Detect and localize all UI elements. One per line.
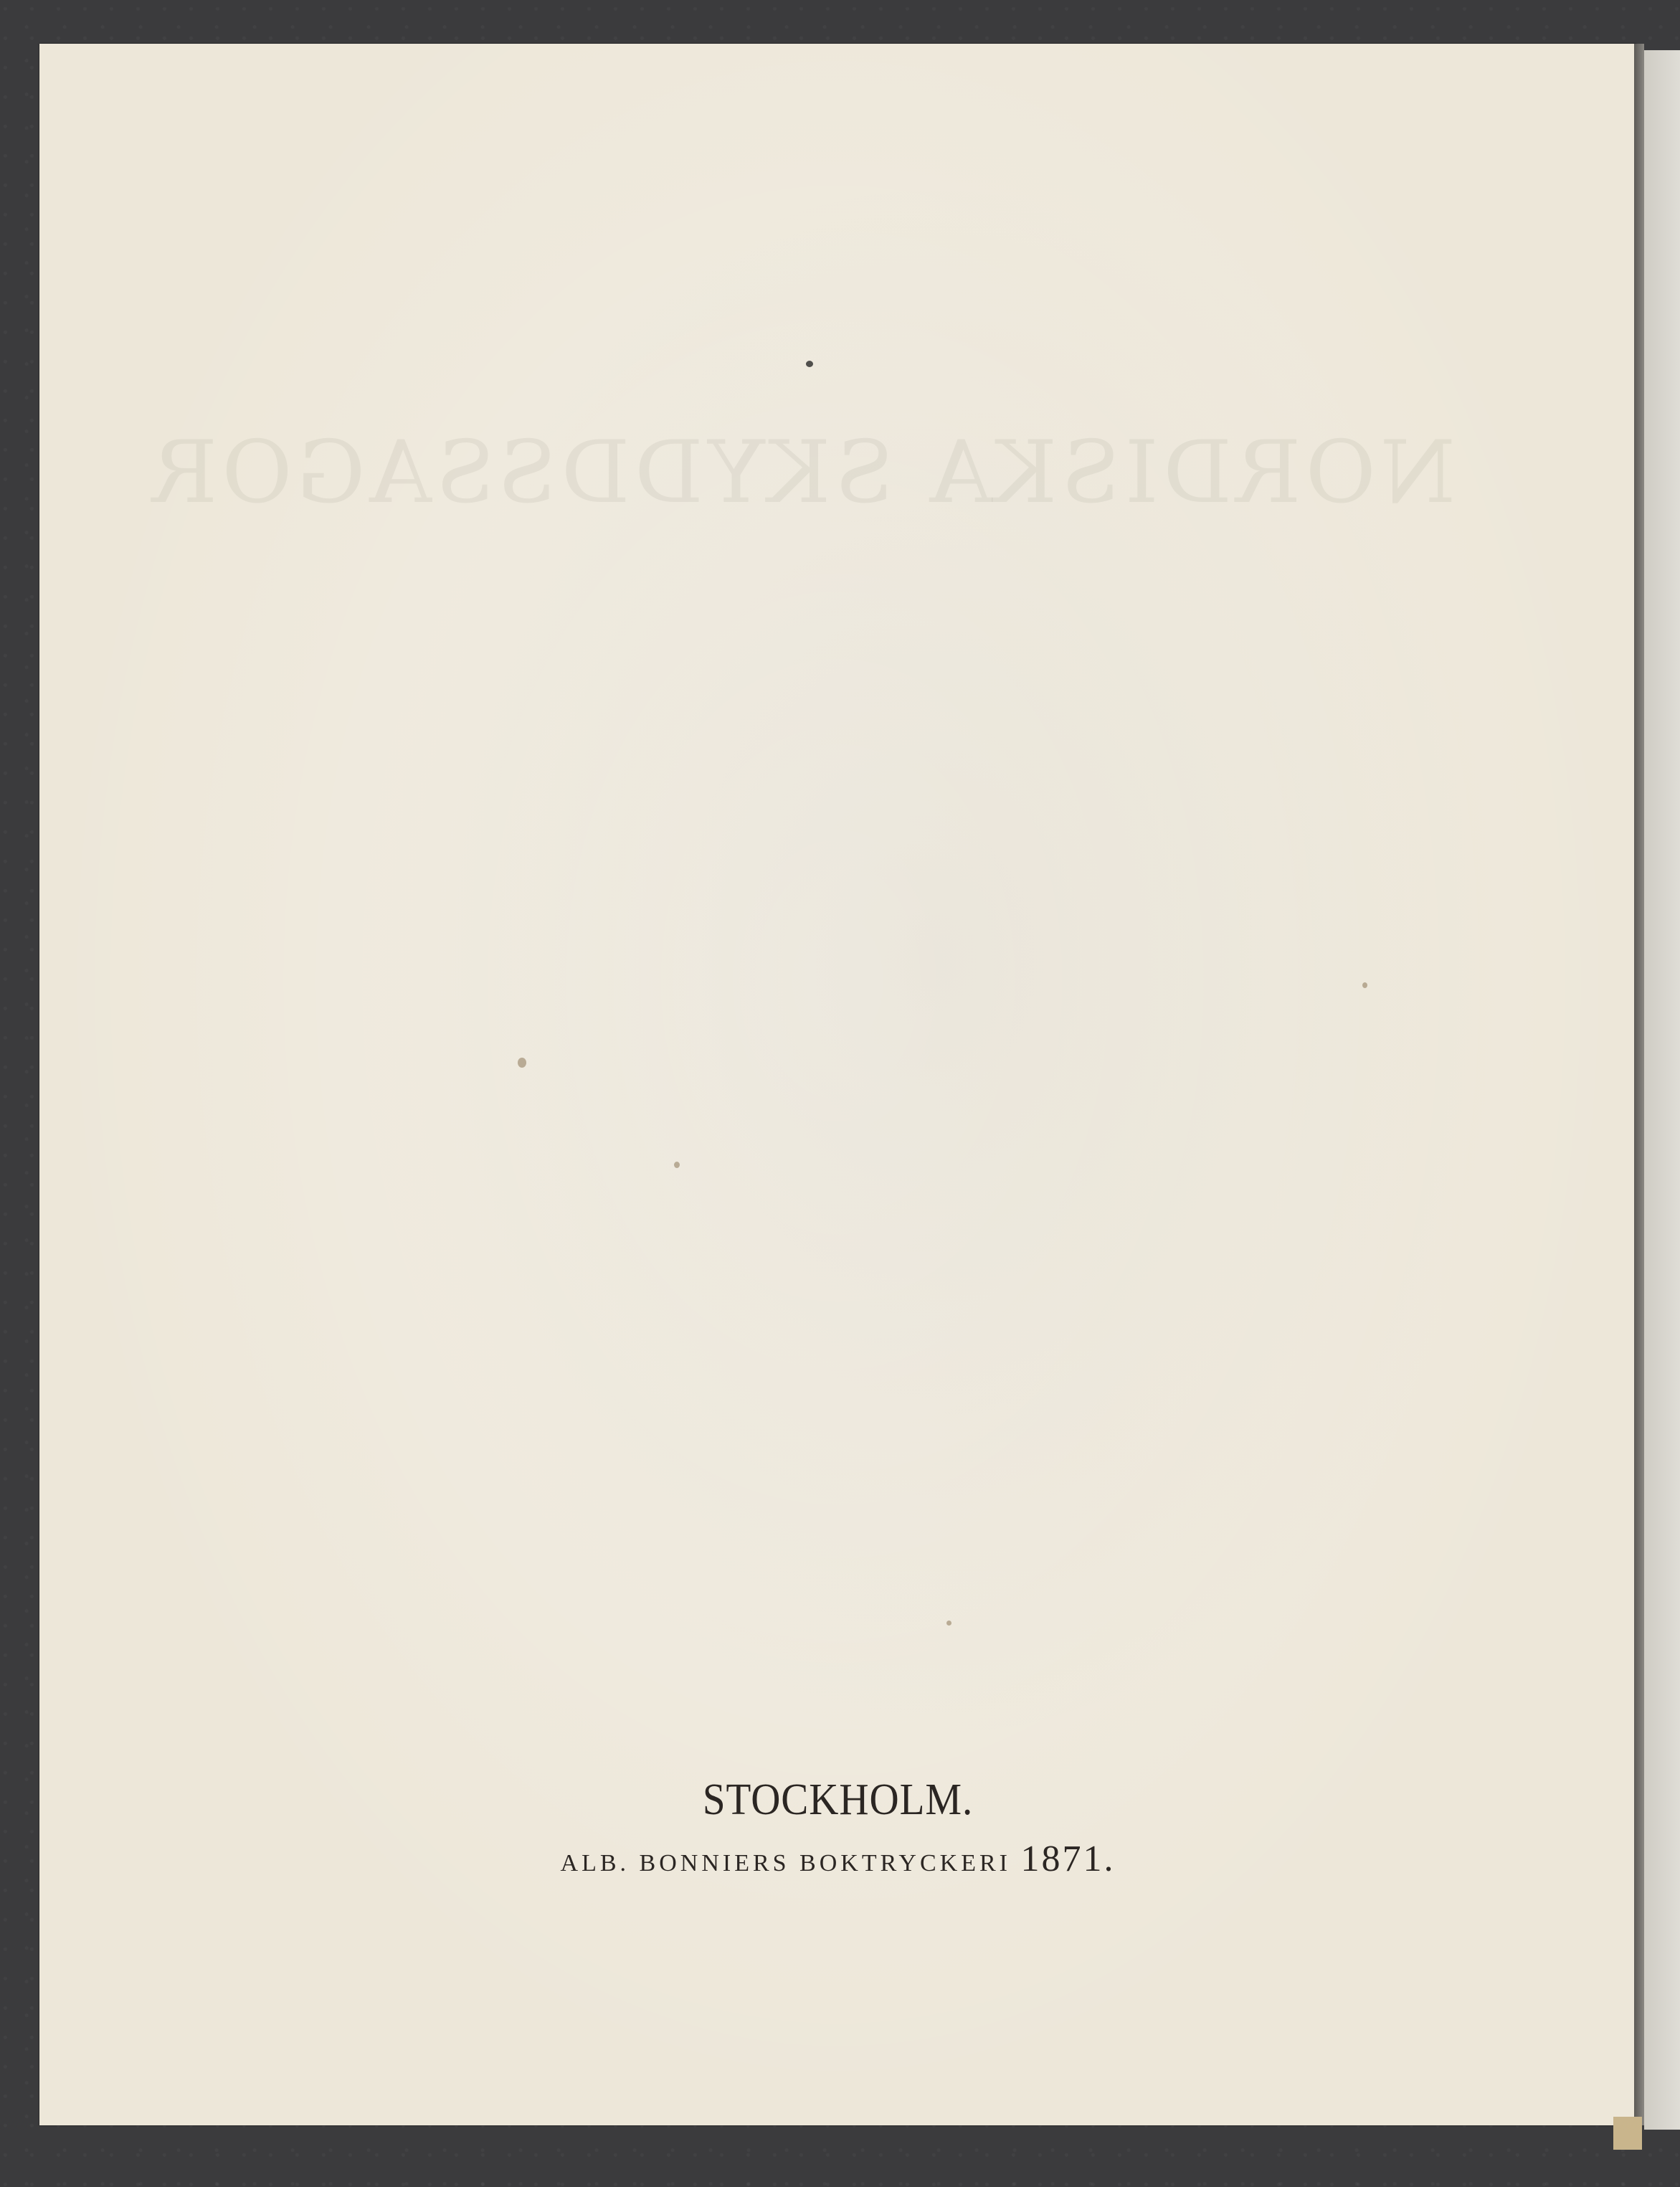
imprint-city: STOCKHOLM. bbox=[103, 1775, 1572, 1826]
paper-speck bbox=[946, 1621, 951, 1626]
paper-speck bbox=[674, 1162, 680, 1168]
ink-speck bbox=[806, 361, 813, 367]
paper-speck bbox=[518, 1058, 526, 1068]
paper-speck bbox=[1362, 982, 1367, 988]
page-edge-shadow bbox=[1634, 44, 1644, 2125]
bleed-through-illustration bbox=[348, 173, 1524, 1750]
paper-tab-marker bbox=[1613, 2117, 1642, 2150]
imprint-year: 1871. bbox=[1020, 1839, 1115, 1879]
imprint-printer-line: ALB. BONNIERS BOKTRYCKERI 1871. bbox=[39, 1838, 1636, 1880]
bleed-through-title: NORDISKA SKYDDSSAGOR bbox=[337, 423, 1456, 523]
imprint-printer: ALB. BONNIERS BOKTRYCKERI bbox=[561, 1850, 1011, 1877]
adjacent-page-edge bbox=[1644, 50, 1680, 2130]
